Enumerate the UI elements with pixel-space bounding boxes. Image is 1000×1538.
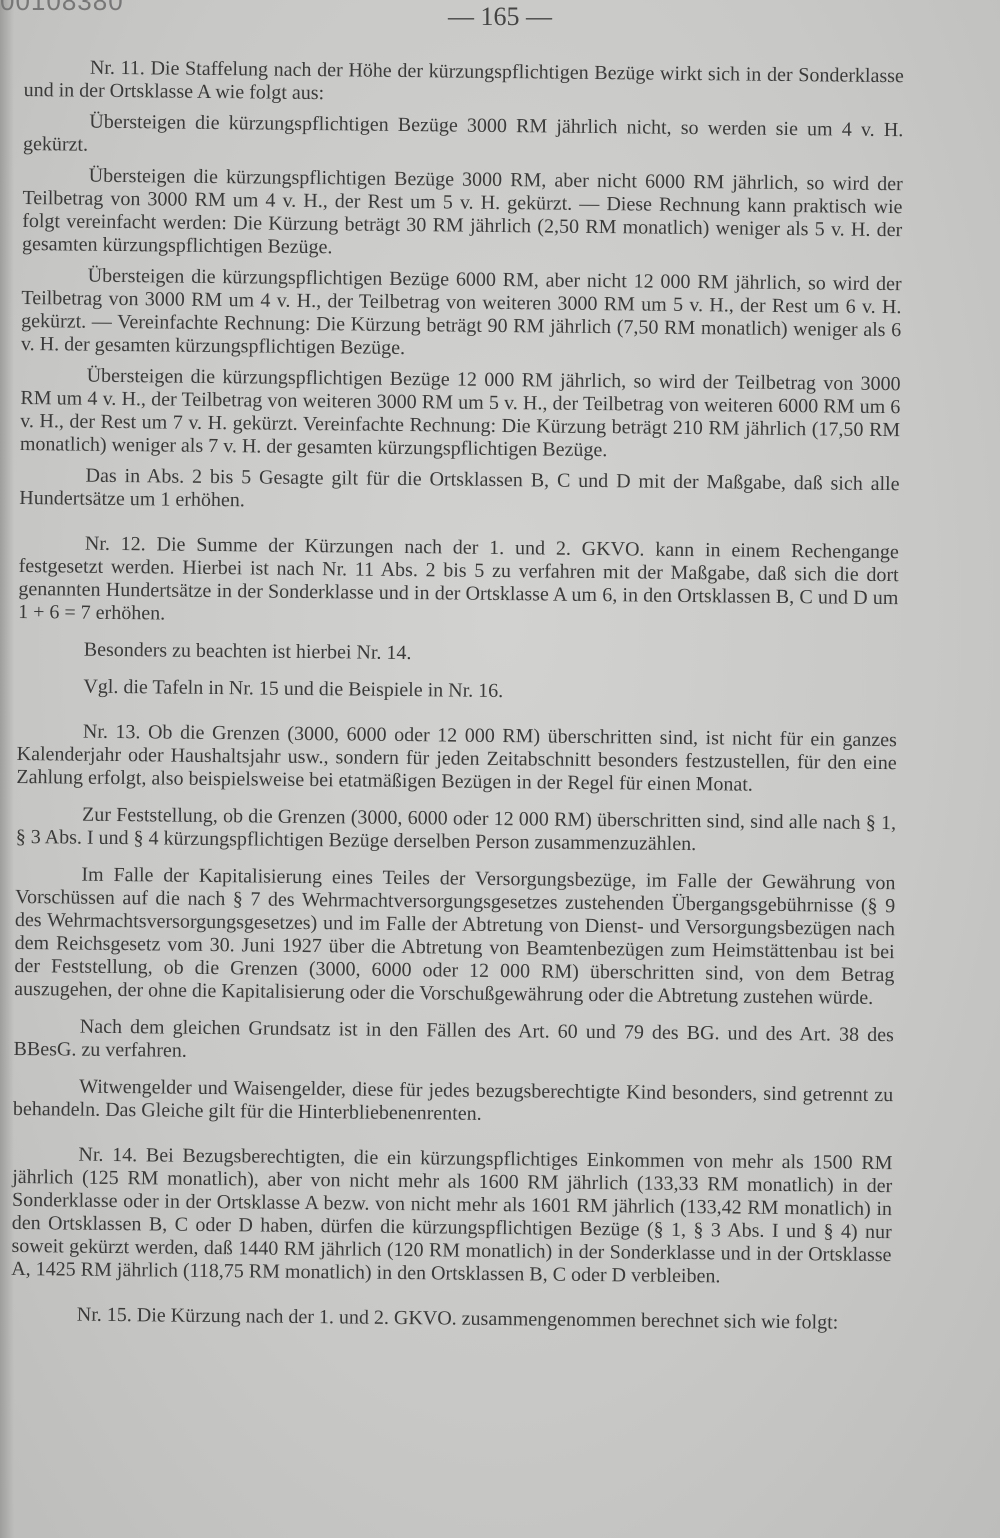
paragraph-nr13-abs3: Im Falle der Kapitalisierung eines Teile…	[14, 863, 895, 1010]
paragraph-nr11-abs5: Übersteigen die kürzungspflichtigen Bezü…	[20, 364, 901, 465]
paragraph-nr11-intro: Nr. 11. Die Staffelung nach der Höhe der…	[24, 56, 904, 111]
paragraph-nr12: Nr. 12. Die Summe der Kürzungen nach der…	[18, 532, 899, 633]
page-body: Nr. 11. Die Staffelung nach der Höhe der…	[11, 56, 904, 1343]
paragraph-nr15: Nr. 15. Die Kürzung nach der 1. und 2. G…	[11, 1303, 891, 1335]
paragraph-nr12-abs3: Vgl. die Tafeln in Nr. 15 und die Beispi…	[17, 675, 897, 707]
page-number: — 165 —	[0, 2, 1000, 32]
paragraph-nr13-abs2: Zur Feststellung, ob die Grenzen (3000, …	[16, 803, 896, 858]
paragraph-nr11-abs2: Übersteigen die kürzungspflichtigen Bezü…	[23, 110, 903, 165]
paragraph-nr13: Nr. 13. Ob die Grenzen (3000, 6000 oder …	[16, 720, 897, 798]
paragraph-nr13-abs4: Nach dem gleichen Grundsatz ist in den F…	[13, 1015, 893, 1070]
paragraph-nr11-abs4: Übersteigen die kürzungspflichtigen Bezü…	[21, 264, 902, 365]
paragraph-nr11-abs3: Übersteigen die kürzungspflichtigen Bezü…	[22, 164, 903, 265]
paragraph-nr13-abs5: Witwengelder und Waisengelder, diese für…	[13, 1075, 893, 1130]
paragraph-nr14: Nr. 14. Bei Bezugsberechtigten, die ein …	[11, 1143, 892, 1290]
paragraph-nr11-abs6: Das in Abs. 2 bis 5 Gesagte gilt für die…	[19, 464, 899, 519]
paragraph-nr12-abs2: Besonders zu beachten ist hierbei Nr. 14…	[18, 638, 898, 670]
